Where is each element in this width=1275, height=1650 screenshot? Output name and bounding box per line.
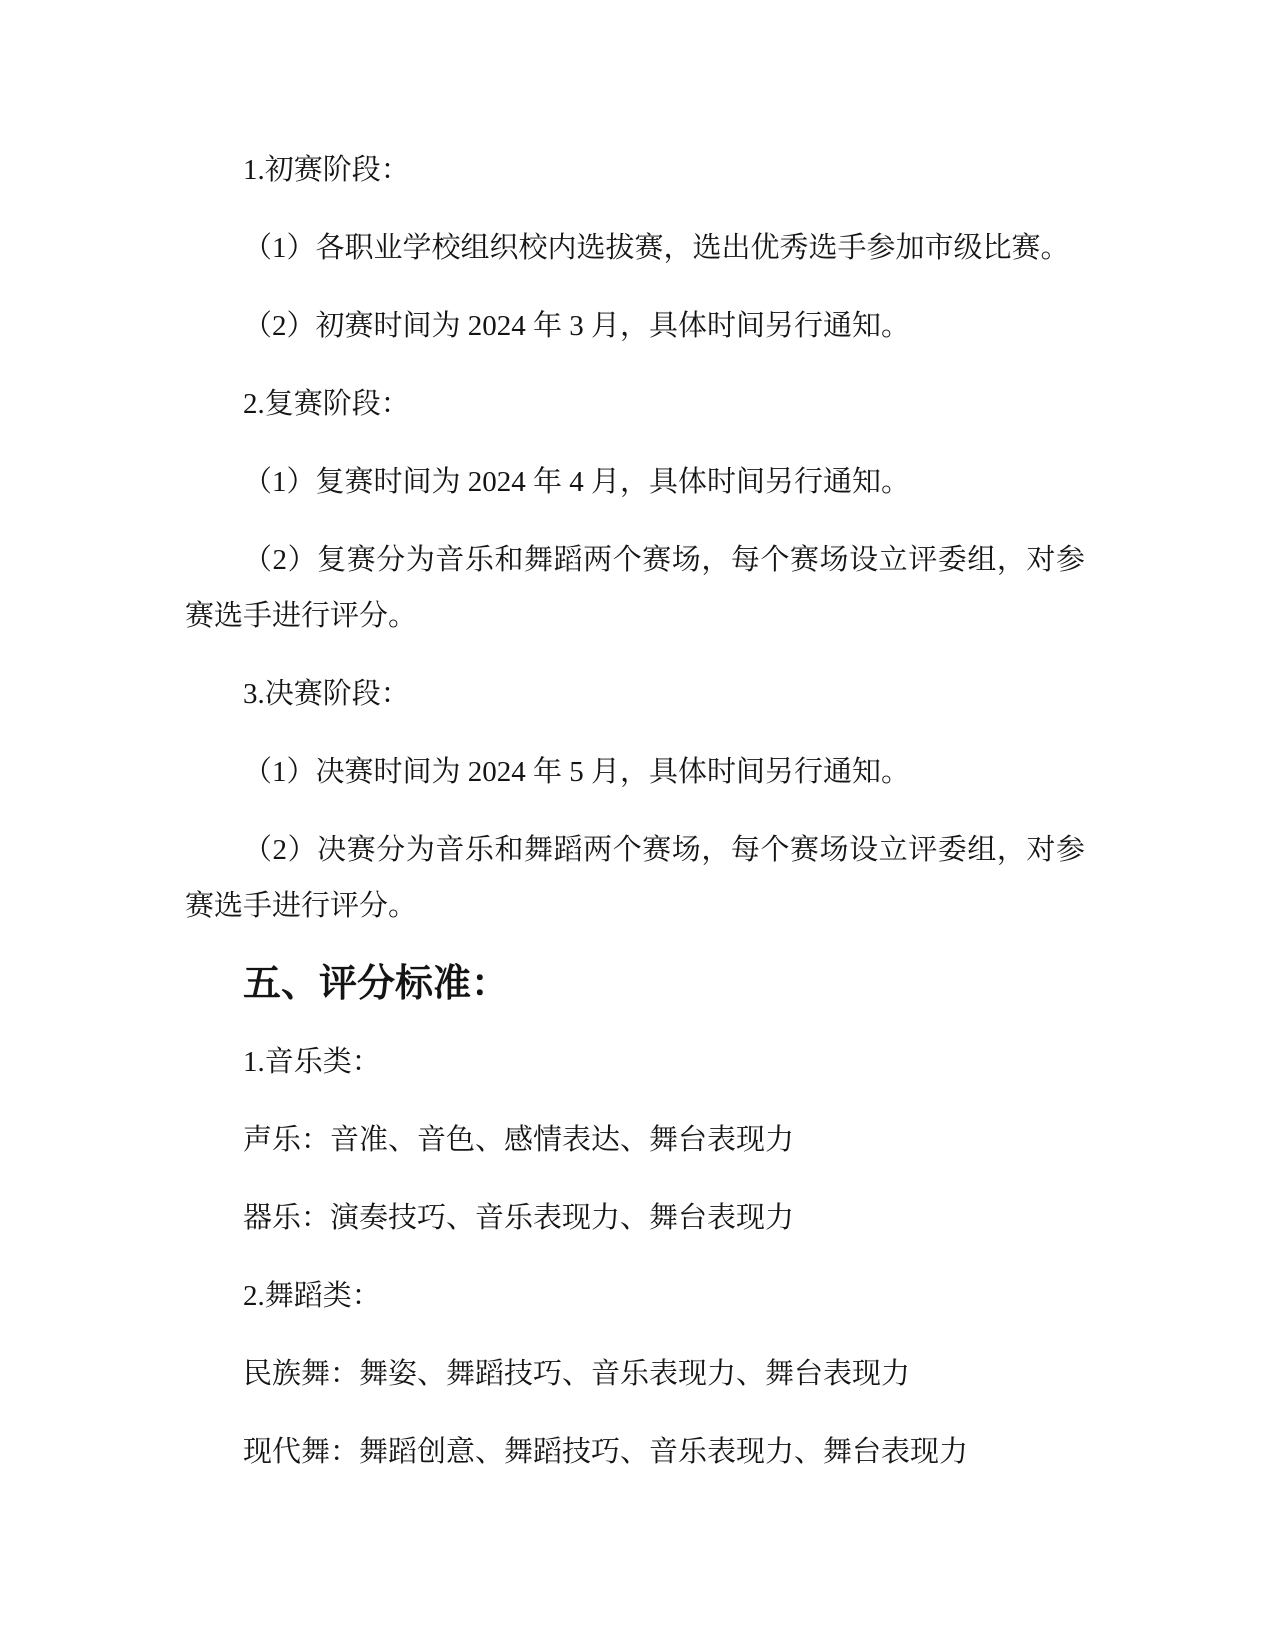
paragraph: （1）各职业学校组织校内选拔赛，选出优秀选手参加市级比赛。 xyxy=(185,220,1085,276)
text-line: 声乐：音准、音色、感情表达、舞台表现力 xyxy=(185,1112,1085,1168)
text-line: 2.复赛阶段： xyxy=(185,376,1085,432)
text-line: 1.音乐类： xyxy=(185,1034,1085,1090)
text-line: （2）初赛时间为 2024 年 3 月，具体时间另行通知。 xyxy=(185,298,1085,354)
text-line: （2）复赛分为音乐和舞蹈两个赛场，每个赛场设立评委组，对参 xyxy=(185,532,1085,588)
paragraph: 2.复赛阶段： xyxy=(185,376,1085,432)
text-line: 五、评分标准： xyxy=(185,956,1085,1012)
paragraph: （2）决赛分为音乐和舞蹈两个赛场，每个赛场设立评委组，对参赛选手进行评分。 xyxy=(185,822,1085,934)
paragraph: 器乐：演奏技巧、音乐表现力、舞台表现力 xyxy=(185,1190,1085,1246)
text-line: （1）决赛时间为 2024 年 5 月，具体时间另行通知。 xyxy=(185,744,1085,800)
text-line: 民族舞：舞姿、舞蹈技巧、音乐表现力、舞台表现力 xyxy=(185,1346,1085,1402)
paragraph: （2）复赛分为音乐和舞蹈两个赛场，每个赛场设立评委组，对参赛选手进行评分。 xyxy=(185,532,1085,644)
text-line: 赛选手进行评分。 xyxy=(185,588,1085,644)
text-line: 3.决赛阶段： xyxy=(185,666,1085,722)
paragraph: 民族舞：舞姿、舞蹈技巧、音乐表现力、舞台表现力 xyxy=(185,1346,1085,1402)
paragraph: （2）初赛时间为 2024 年 3 月，具体时间另行通知。 xyxy=(185,298,1085,354)
text-line: 赛选手进行评分。 xyxy=(185,878,1085,934)
text-line: 1.初赛阶段： xyxy=(185,142,1085,198)
text-line: （2）决赛分为音乐和舞蹈两个赛场，每个赛场设立评委组，对参 xyxy=(185,822,1085,878)
text-line: 现代舞：舞蹈创意、舞蹈技巧、音乐表现力、舞台表现力 xyxy=(185,1424,1085,1480)
text-line: （1）复赛时间为 2024 年 4 月，具体时间另行通知。 xyxy=(185,454,1085,510)
document-body: 1.初赛阶段：（1）各职业学校组织校内选拔赛，选出优秀选手参加市级比赛。（2）初… xyxy=(185,142,1085,1502)
paragraph: 2.舞蹈类： xyxy=(185,1268,1085,1324)
document-page: 1.初赛阶段：（1）各职业学校组织校内选拔赛，选出优秀选手参加市级比赛。（2）初… xyxy=(0,0,1275,1650)
paragraph: 声乐：音准、音色、感情表达、舞台表现力 xyxy=(185,1112,1085,1168)
text-line: 2.舞蹈类： xyxy=(185,1268,1085,1324)
paragraph: 现代舞：舞蹈创意、舞蹈技巧、音乐表现力、舞台表现力 xyxy=(185,1424,1085,1480)
paragraph: 1.初赛阶段： xyxy=(185,142,1085,198)
section-heading: 五、评分标准： xyxy=(185,956,1085,1012)
text-line: （1）各职业学校组织校内选拔赛，选出优秀选手参加市级比赛。 xyxy=(185,220,1085,276)
paragraph: （1）决赛时间为 2024 年 5 月，具体时间另行通知。 xyxy=(185,744,1085,800)
text-line: 器乐：演奏技巧、音乐表现力、舞台表现力 xyxy=(185,1190,1085,1246)
paragraph: 3.决赛阶段： xyxy=(185,666,1085,722)
paragraph: （1）复赛时间为 2024 年 4 月，具体时间另行通知。 xyxy=(185,454,1085,510)
paragraph: 1.音乐类： xyxy=(185,1034,1085,1090)
